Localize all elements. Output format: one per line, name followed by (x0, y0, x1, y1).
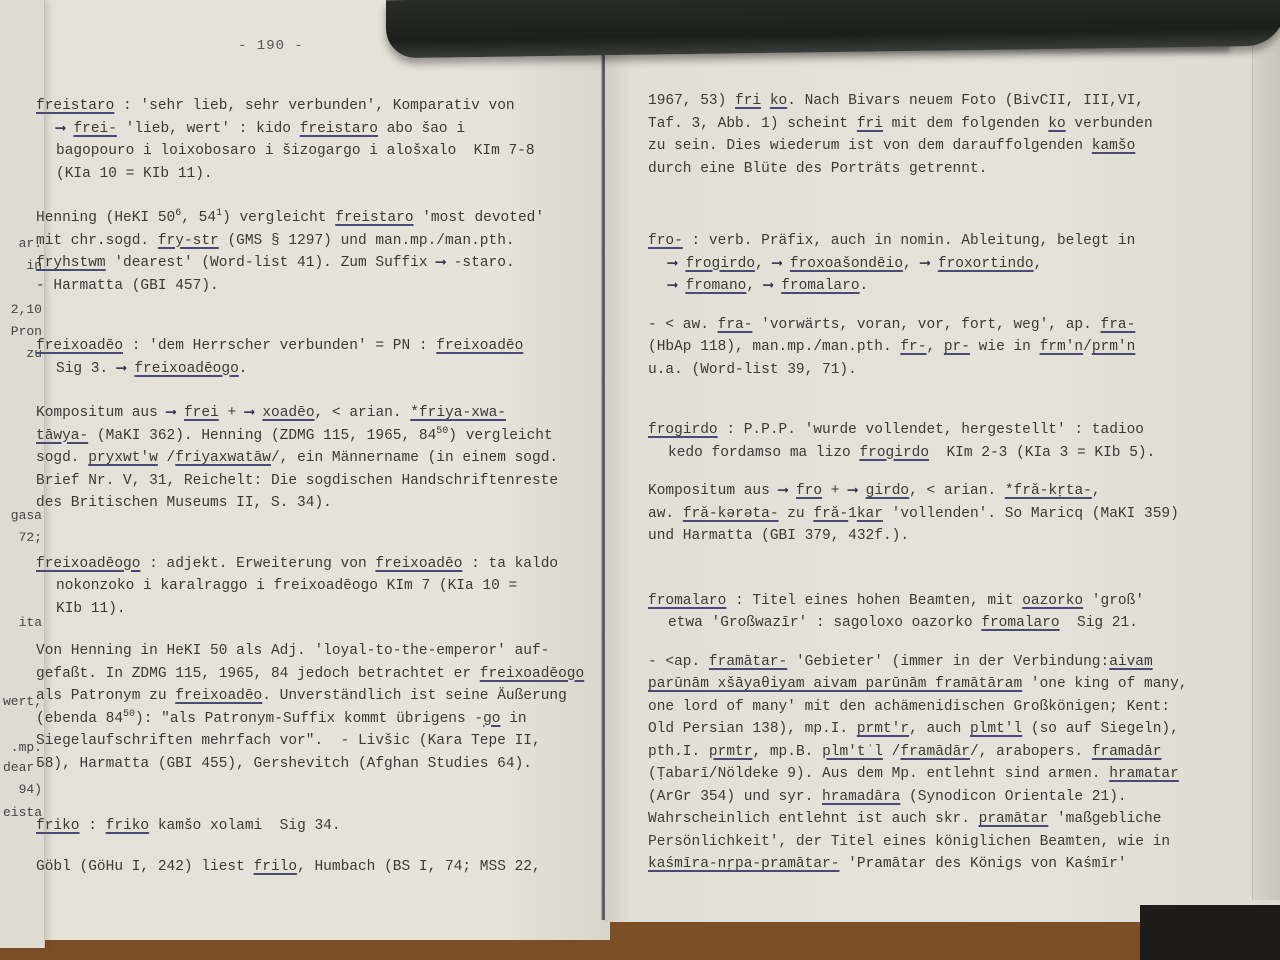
entry-fro-etym: - < aw. fra- 'vorwärts, voran, vor, fort… (648, 314, 1248, 382)
lemma: prm'n (1092, 339, 1136, 355)
text-line: freixoadēo : 'dem Herrscher verbunden' =… (36, 335, 596, 358)
book-spine (601, 40, 605, 920)
text-line: zu sein. Dies wiederum ist von dem darau… (648, 135, 1248, 158)
lemma: *fră-kṛta- (1005, 483, 1092, 499)
lemma: frm'n (1040, 339, 1084, 355)
lemma: frogirdo (859, 445, 929, 461)
entry-kompositum-frogirdo: Kompositum aus ⟶ fro + ⟶ girdo, < arian.… (648, 480, 1248, 548)
lemma: froxoašondēio (790, 256, 903, 272)
text-line: ⟶ frogirdo, ⟶ froxoašondēio, ⟶ froxortin… (648, 253, 1248, 276)
text-line: fryhstwm 'dearest' (Word-list 41). Zum S… (36, 252, 596, 275)
lemma: plm'tʾl (822, 744, 883, 760)
text-line: Brief Nr. V, 31, Reichelt: Die sogdische… (36, 470, 596, 493)
arrow-icon: ⟶ (245, 405, 254, 421)
lemma: oazorko (1022, 593, 1083, 609)
lemma: freixoadēo (436, 338, 523, 354)
lemma: frei- (73, 121, 117, 137)
arrow-icon: ⟶ (117, 361, 126, 377)
text-line: Wahrscheinlich entlehnt ist auch skr. pr… (648, 808, 1248, 831)
lemma: freistaro (300, 121, 378, 137)
lemma: freixoadēo (175, 688, 262, 704)
lemma: frei (184, 405, 219, 421)
lemma: frogirdo (685, 256, 755, 272)
text-line: pth.I. prmtr, mp.B. plm'tʾl /framādār/, … (648, 741, 1248, 764)
lemma: frilo (254, 859, 298, 875)
text-line: freixoadēogo : adjekt. Erweiterung von f… (36, 553, 596, 576)
lemma: friko (36, 818, 80, 834)
text-line: Old Persian 138), mp.I. prmt'r, auch plm… (648, 718, 1248, 741)
lemma: freistaro (36, 98, 114, 114)
lemma: freistaro (335, 210, 413, 226)
lemma: friyaxwatāw (175, 450, 271, 466)
arrow-icon: ⟶ (779, 483, 788, 499)
lemma: go (483, 711, 500, 727)
entry-frogirdo: frogirdo : P.P.P. 'wurde vollendet, herg… (648, 419, 1248, 464)
arrow-icon: ⟶ (764, 278, 773, 294)
text-line: (ArGr 354) und syr. hramadāra (Synodicon… (648, 786, 1248, 809)
entry-freistaro: freistaro : 'sehr lieb, sehr verbunden',… (36, 95, 596, 185)
entry-fromalaro-etym: - <ap. framātar- 'Gebieter' (immer in de… (648, 651, 1248, 876)
text-line: u.a. (Word-list 39, 71). (648, 359, 1248, 382)
entry-henning-freistaro: Henning (HeKI 506, 541) vergleicht freis… (36, 207, 596, 297)
lemma: ko (770, 93, 787, 109)
text-line: friko : friko kamšo xolami Sig 34. (36, 815, 596, 838)
lemma: framādār (900, 744, 970, 760)
text-line: - Harmatta (GBI 457). (36, 275, 596, 298)
lemma: fry-str (158, 233, 219, 249)
text-line: KIb 11). (36, 598, 596, 621)
lemma: fră-kərəta- (683, 506, 779, 522)
text-line: als Patronym zu freixoadēo. Unverständli… (36, 685, 596, 708)
lemma: pryxwt'w (88, 450, 158, 466)
lemma: xoadēo (262, 405, 314, 421)
text-line: - <ap. framātar- 'Gebieter' (immer in de… (648, 651, 1248, 674)
entry-fro: fro- : verb. Präfix, auch in nomin. Able… (648, 230, 1248, 298)
text-line: ⟶ frei- 'lieb, wert' : kido freistaro ab… (36, 118, 596, 141)
arrow-icon: ⟶ (668, 278, 677, 294)
lemma: hramatar (1109, 766, 1179, 782)
arrow-icon: ⟶ (167, 405, 176, 421)
entry-fromalaro: fromalaro : Titel eines hohen Beamten, m… (648, 590, 1248, 635)
text-line: (Ṭabarī/Nöldeke 9). Aus dem Mp. entlehnt… (648, 763, 1248, 786)
text-line: fromalaro : Titel eines hohen Beamten, m… (648, 590, 1248, 613)
lemma: fra- (1101, 317, 1136, 333)
text-line: (KIa 10 = KIb 11). (36, 163, 596, 186)
text-line: one lord of many' mit den achämenidische… (648, 696, 1248, 719)
text-line: - < aw. fra- 'vorwärts, voran, vor, fort… (648, 314, 1248, 337)
lemma: fri (735, 93, 761, 109)
lemma: kaśmīra-nṛpa-pramātar- (648, 856, 839, 872)
lemma: freixoadēogo (36, 556, 140, 572)
next-pages-edge (1252, 0, 1280, 900)
text-line: bagopouro i loixobosaro i šizogargo i al… (36, 140, 596, 163)
arrow-icon: ⟶ (848, 483, 857, 499)
lemma: *friya-xwa- (410, 405, 506, 421)
lemma: prmtr (709, 744, 753, 760)
lemma: fro- (648, 233, 683, 249)
text-line: Sig 3. ⟶ freixoadēogo. (36, 358, 596, 381)
text-line: 58), Harmatta (GBI 455), Gershevitch (Af… (36, 753, 596, 776)
lemma: aivam (1109, 654, 1153, 670)
lemma: fr- (900, 339, 926, 355)
entry-freixoadeo: freixoadēo : 'dem Herrscher verbunden' =… (36, 335, 596, 380)
arrow-icon: ⟶ (920, 256, 929, 272)
right-page-text: 1967, 53) fri ko. Nach Bivars neuem Foto… (648, 90, 1248, 876)
arrow-icon: ⟶ (668, 256, 677, 272)
text-line: (ebenda 8450): "als Patronym-Suffix komm… (36, 708, 596, 731)
lemma: kamšo (1092, 138, 1136, 154)
text-line: (HbAp 118), man.mp./man.pth. fr-, pr- wi… (648, 336, 1248, 359)
lemma: friko (106, 818, 150, 834)
text-line: etwa 'Großwazīr' : sagoloxo oazorko from… (648, 612, 1248, 635)
text-line: und Harmatta (GBI 379, 432f.). (648, 525, 1248, 548)
lemma: freixoadēo (36, 338, 123, 354)
text-line: sogd. pryxwt'w /friyaxwatāw/, ein Männer… (36, 447, 596, 470)
text-line: fro- : verb. Präfix, auch in nomin. Able… (648, 230, 1248, 253)
entry-friko: friko : friko kamšo xolami Sig 34. (36, 815, 596, 838)
lemma: fryhstwm (36, 255, 106, 271)
text-line: nokonzoko i karalraggo i freixoadēogo KI… (36, 575, 596, 598)
left-page-text: freistaro : 'sehr lieb, sehr verbunden',… (36, 95, 596, 878)
text-line: Kompositum aus ⟶ fro + ⟶ girdo, < arian.… (648, 480, 1248, 503)
page-number-left: - 190 - (238, 38, 304, 54)
text-line: gefaßt. In ZDMG 115, 1965, 84 jedoch bet… (36, 663, 596, 686)
entry-freixoadeogo: freixoadēogo : adjekt. Erweiterung von f… (36, 553, 596, 621)
lemma: freixoadēogo (134, 361, 238, 377)
text-line: aw. fră-kərəta- zu fră-1kar 'vollenden'.… (648, 503, 1248, 526)
text-line: des Britischen Museums II, S. 34). (36, 492, 596, 515)
entry-henning-freixoadeogo: Von Henning in HeKI 50 als Adj. 'loyal-t… (36, 640, 596, 775)
text-line: 1967, 53) fri ko. Nach Bivars neuem Foto… (648, 90, 1248, 113)
lemma: kar (857, 506, 883, 522)
text-line: Henning (HeKI 506, 541) vergleicht freis… (36, 207, 596, 230)
lemma: prmt'r (857, 721, 909, 737)
text-line: frogirdo : P.P.P. 'wurde vollendet, herg… (648, 419, 1248, 442)
text-line: Göbl (GöHu I, 242) liest frilo, Humbach … (36, 856, 596, 879)
lemma: hramadāra (822, 789, 900, 805)
lemma: ko (1048, 116, 1065, 132)
text-line: Persönlichkeit', der Titel eines königli… (648, 831, 1248, 854)
lemma: fro (796, 483, 822, 499)
lemma: fră- (813, 506, 848, 522)
text-line: mit chr.sogd. fry-str (GMS § 1297) und m… (36, 230, 596, 253)
text-line: Kompositum aus ⟶ frei + ⟶ xoadēo, < aria… (36, 402, 596, 425)
lemma: fromalaro (781, 278, 859, 294)
arrow-icon: ⟶ (436, 255, 445, 271)
lemma: framadār (1092, 744, 1162, 760)
entry-friko-cont: 1967, 53) fri ko. Nach Bivars neuem Foto… (648, 90, 1248, 180)
text-line: durch eine Blüte des Porträts getrennt. (648, 158, 1248, 181)
lemma: fromalaro (648, 593, 726, 609)
lemma: pr- (944, 339, 970, 355)
lemma: parūnām xšāyaθiyam aivam parūnām framātā… (648, 676, 1022, 692)
entry-gobl-friko: Göbl (GöHu I, 242) liest frilo, Humbach … (36, 856, 596, 879)
lemma: fromalaro (981, 615, 1059, 631)
text-line: Siegelaufschriften mehrfach vor". - Livš… (36, 730, 596, 753)
text-line: ⟶ fromano, ⟶ fromalaro. (648, 275, 1248, 298)
text-line: Taf. 3, Abb. 1) scheint fri mit dem folg… (648, 113, 1248, 136)
lemma: fri (857, 116, 883, 132)
text-line: kedo fordamso ma lizo frogirdo KIm 2-3 (… (648, 442, 1248, 465)
arrow-icon: ⟶ (56, 121, 65, 137)
lemma: plmt'l (970, 721, 1022, 737)
lemma: frogirdo (648, 422, 718, 438)
lemma: tāwya- (36, 428, 88, 444)
lemma: fra- (718, 317, 753, 333)
text-line: Von Henning in HeKI 50 als Adj. 'loyal-t… (36, 640, 596, 663)
lemma: froxortindo (938, 256, 1034, 272)
text-line: parūnām xšāyaθiyam aivam parūnām framātā… (648, 673, 1248, 696)
lemma: framātar- (709, 654, 787, 670)
shadow-corner (1140, 905, 1280, 960)
text-line: freistaro : 'sehr lieb, sehr verbunden',… (36, 95, 596, 118)
lemma: freixoadēogo (480, 666, 584, 682)
text-line: kaśmīra-nṛpa-pramātar- 'Pramātar des Kön… (648, 853, 1248, 876)
lemma: girdo (866, 483, 910, 499)
text-line: tāwya- (MaKI 362). Henning (ZDMG 115, 19… (36, 425, 596, 448)
lemma: freixoadēo (375, 556, 462, 572)
lemma: pramātar (979, 811, 1049, 827)
entry-kompositum-freixoadeo: Kompositum aus ⟶ frei + ⟶ xoadēo, < aria… (36, 402, 596, 515)
arrow-icon: ⟶ (772, 256, 781, 272)
lemma: fromano (685, 278, 746, 294)
